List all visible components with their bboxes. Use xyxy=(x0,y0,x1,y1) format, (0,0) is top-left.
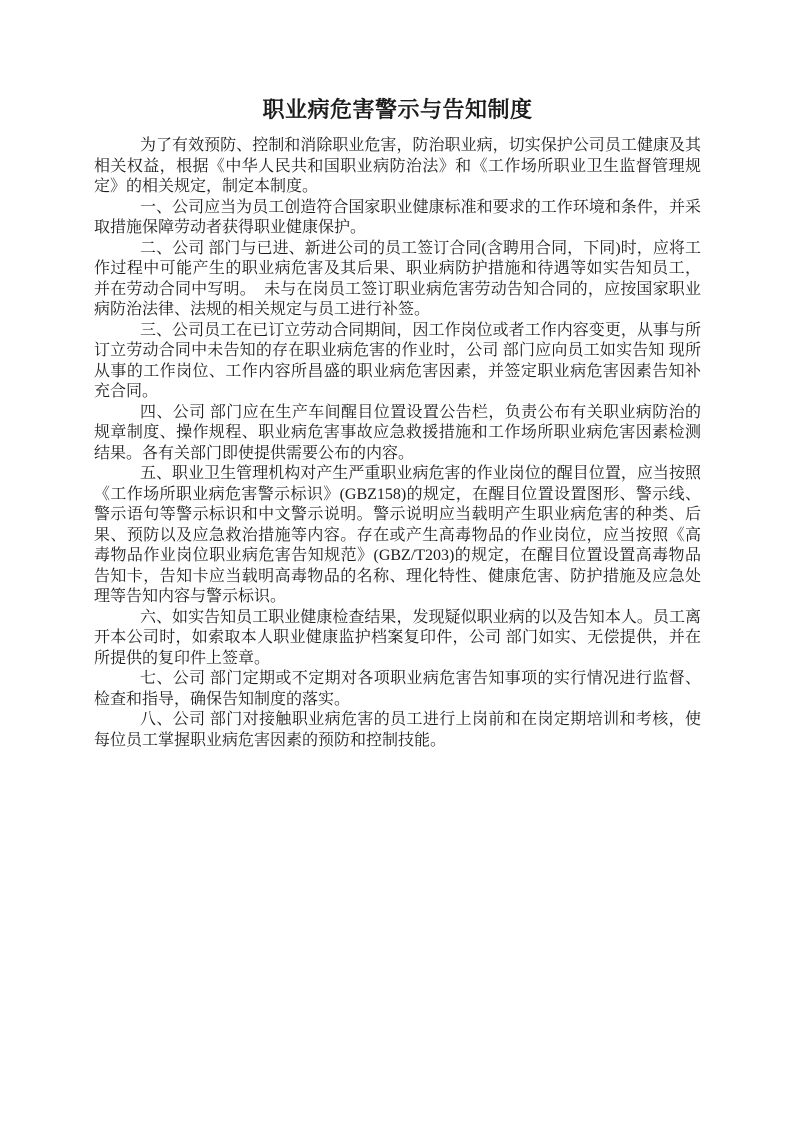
clause-3-paragraph: 三、公司员工在已订立劳动合同期间，因工作岗位或者工作内容变更，从事与所订立劳动合… xyxy=(94,321,701,403)
clause-6-paragraph: 六、如实告知员工职业健康检查结果，发现疑似职业病的以及告知本人。员工离开本公司时… xyxy=(94,608,701,670)
clause-8-paragraph: 八、公司 部门对接触职业病危害的员工进行上岗前和在岗定期培训和考核，使每位员工掌… xyxy=(94,710,701,751)
document-content: 职业病危害警示与告知制度 为了有效预防、控制和消除职业危害，防治职业病，切实保护… xyxy=(0,0,793,751)
clause-1-paragraph: 一、公司应当为员工创造符合国家职业健康标准和要求的工作环境和条件，并采取措施保障… xyxy=(94,198,701,239)
intro-paragraph: 为了有效预防、控制和消除职业危害，防治职业病，切实保护公司员工健康及其相关权益，… xyxy=(94,136,701,198)
clause-7-paragraph: 七、公司 部门定期或不定期对各项职业病危害告知事项的实行情况进行监督、检查和指导… xyxy=(94,669,701,710)
document-title: 职业病危害警示与告知制度 xyxy=(94,95,701,125)
clause-2-paragraph: 二、公司 部门与已进、新进公司的员工签订合同(含聘用合同，下同)时，应将工作过程… xyxy=(94,239,701,321)
document-page: 职业病危害警示与告知制度 为了有效预防、控制和消除职业危害，防治职业病，切实保护… xyxy=(0,0,793,1122)
clause-4-paragraph: 四、公司 部门应在生产车间醒目位置设置公告栏，负责公布有关职业病防治的规章制度、… xyxy=(94,403,701,465)
clause-5-paragraph: 五、职业卫生管理机构对产生严重职业病危害的作业岗位的醒目位置，应当按照《工作场所… xyxy=(94,464,701,608)
